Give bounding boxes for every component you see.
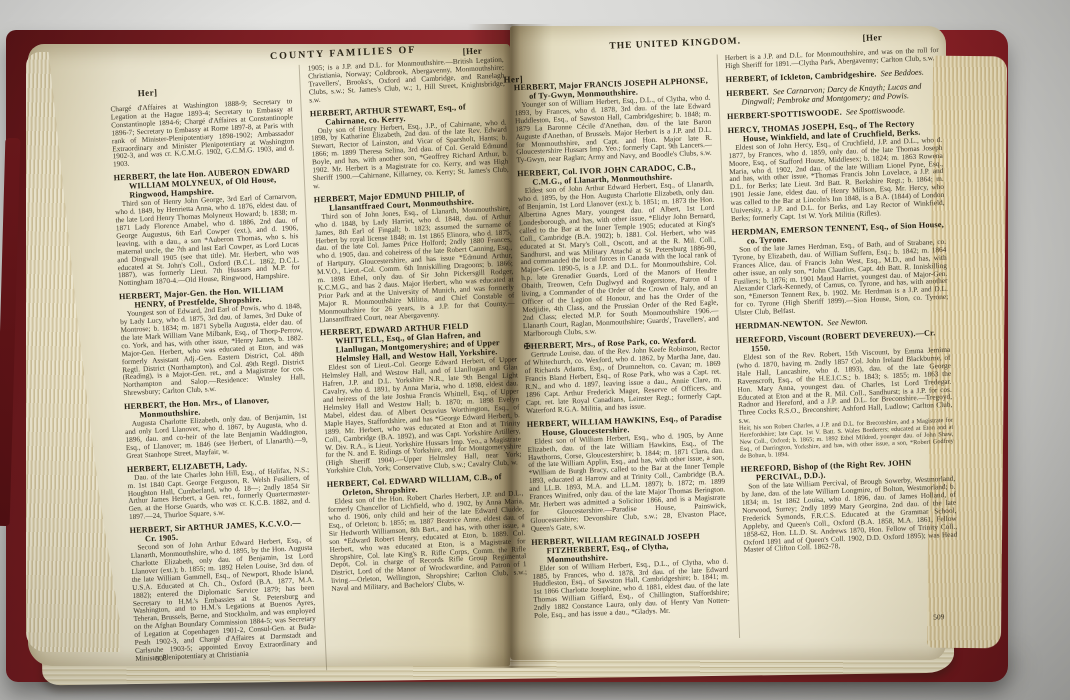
- left-running-head-right: [Her: [462, 46, 482, 57]
- entry-body: Younger son of William Herbert, Esq., D.…: [514, 94, 712, 165]
- entry-body: Eldest son of John Arthur Edward Herbert…: [518, 180, 720, 338]
- right-page-number: 509: [933, 612, 945, 621]
- entry-body: Eldest son of William Herbert, Esq., who…: [527, 430, 726, 532]
- entry-heir-note: Heir, his son Robert Charles, a J.P. and…: [739, 417, 954, 460]
- right-page-column-2: Herbert is a J.P. and D.L. for Monmouths…: [717, 46, 961, 638]
- entry-body: Eldest son of the Hon. Robert Charles He…: [327, 489, 527, 593]
- left-page-column-1: Chargé d'Affaires at Washington 1888-9; …: [110, 97, 317, 667]
- left-running-head-left: Her]: [138, 87, 158, 98]
- entry-heading: HERBERT. See Carnarvon; Darcy de Knayth;…: [726, 81, 941, 107]
- entry-body: Youngest son of Edward, 2nd Earl of Powi…: [120, 302, 306, 397]
- entry-body: Eldest son of the Rev. Robert, 15th Visc…: [736, 346, 953, 425]
- entry-body: Third son of John Jones, Esq., of Llanar…: [314, 204, 515, 323]
- entry-body: Eldest son of Lieut.-Col. George Edward …: [321, 356, 522, 475]
- book-photo: Her] COUNTY FAMILIES OF [Her Chargé d'Af…: [0, 0, 1070, 700]
- entry-body: Gertrude Louise, dau. of the Rev. John K…: [524, 344, 722, 415]
- entry-body: 1905; is a J.P. and D.L. for Monmouthshi…: [308, 56, 506, 104]
- entry-body: Third son of Henry John George, 3rd Earl…: [115, 192, 301, 287]
- entry-body: Elder son of William Herbert, Esq., D.L.…: [532, 557, 730, 620]
- entry-body: Only son of Henry Herbert, Esq., J.P., o…: [310, 118, 509, 190]
- left-page-text: Her] COUNTY FAMILIES OF [Her Chargé d'Af…: [86, 36, 520, 682]
- right-running-head-right: [Her: [862, 32, 882, 43]
- entry-body: Eldest son of John Hercy, Esq., of Cruch…: [728, 136, 945, 223]
- left-page-column-2: 1905; is a J.P. and D.L. for Monmouthshi…: [299, 56, 531, 671]
- entry-body: Dau. of the late Charles John Hill, Esq.…: [127, 466, 311, 522]
- right-page-text: Her] THE UNITED KINGDOM. [Her HERBERT, M…: [500, 28, 970, 671]
- entry-body: Chargé d'Affaires at Washington 1888-9; …: [110, 97, 295, 168]
- entry-body: Son of the late William Percival, of Bro…: [741, 475, 958, 554]
- left-page-number: 508: [155, 653, 167, 663]
- right-page-column-1: HERBERT, Major FRANCIS JOSEPH ALPHONSE, …: [513, 71, 732, 670]
- entry-body: Herbert is a J.P. and D.L. for Monmouths…: [725, 46, 939, 70]
- entry-body: Augusta Charlotte Elizabeth, only dau. o…: [125, 412, 309, 460]
- entry-body: Son of the late James Herdman, Esq., of …: [732, 238, 949, 317]
- entry-body: Second son of John Arthur Edward Herbert…: [130, 536, 317, 663]
